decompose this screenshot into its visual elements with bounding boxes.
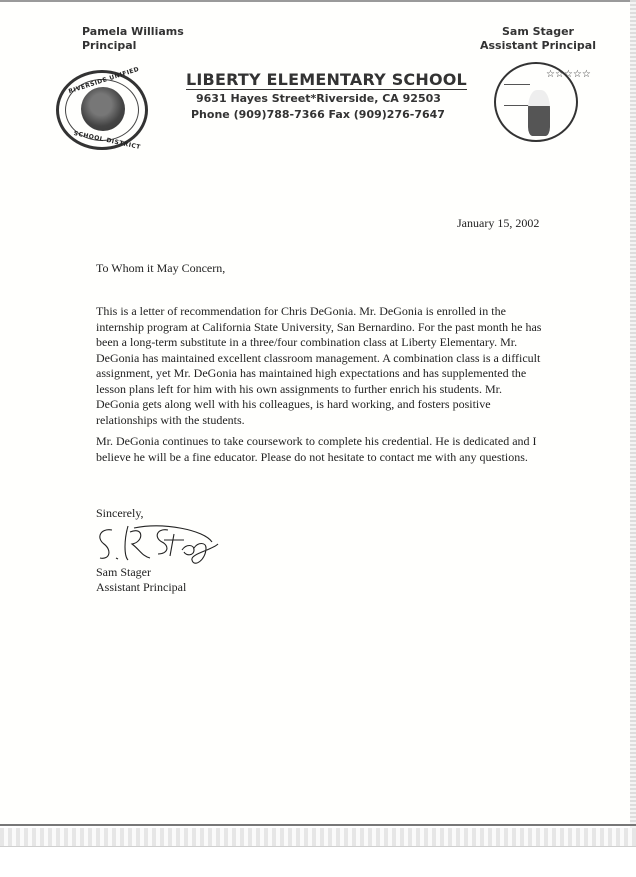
globe-icon xyxy=(81,87,125,131)
scan-strip xyxy=(0,828,636,847)
scan-edge-right xyxy=(630,0,636,830)
district-seal-icon: RIVERSIDE UNIFIED SCHOOL DISTRICT xyxy=(56,70,148,150)
flag-stripes-icon xyxy=(504,84,530,106)
letter-date: January 15, 2002 xyxy=(457,216,539,231)
eagle-icon xyxy=(528,90,550,136)
assistant-principal-name: Sam Stager xyxy=(480,25,596,39)
body-paragraph-1: This is a letter of recommendation for C… xyxy=(96,304,546,428)
school-address: 9631 Hayes Street*Riverside, CA 92503 xyxy=(196,91,441,107)
signature-icon xyxy=(94,520,224,570)
signer-name: Sam Stager xyxy=(96,565,186,580)
closing: Sincerely, xyxy=(96,506,144,521)
principal-name: Pamela Williams xyxy=(82,25,184,39)
school-name: LIBERTY ELEMENTARY SCHOOL xyxy=(186,71,467,90)
assistant-principal-contact: Sam Stager Assistant Principal xyxy=(480,25,596,53)
eagle-seal-icon: ☆☆☆☆☆ xyxy=(494,62,578,142)
letter-page: Pamela Williams Principal Sam Stager Ass… xyxy=(0,0,632,826)
assistant-principal-title: Assistant Principal xyxy=(480,39,596,53)
body-paragraph-2: Mr. DeGonia continues to take coursework… xyxy=(96,434,546,465)
stars-icon: ☆☆☆☆☆ xyxy=(546,70,591,80)
school-phone-fax: Phone (909)788-7366 Fax (909)276-7647 xyxy=(191,107,445,123)
principal-contact: Pamela Williams Principal xyxy=(82,25,184,53)
signer-block: Sam Stager Assistant Principal xyxy=(96,565,186,595)
salutation: To Whom it May Concern, xyxy=(96,261,225,276)
principal-title: Principal xyxy=(82,39,184,53)
scan-edge-bottom xyxy=(0,824,636,826)
signer-title: Assistant Principal xyxy=(96,580,186,595)
